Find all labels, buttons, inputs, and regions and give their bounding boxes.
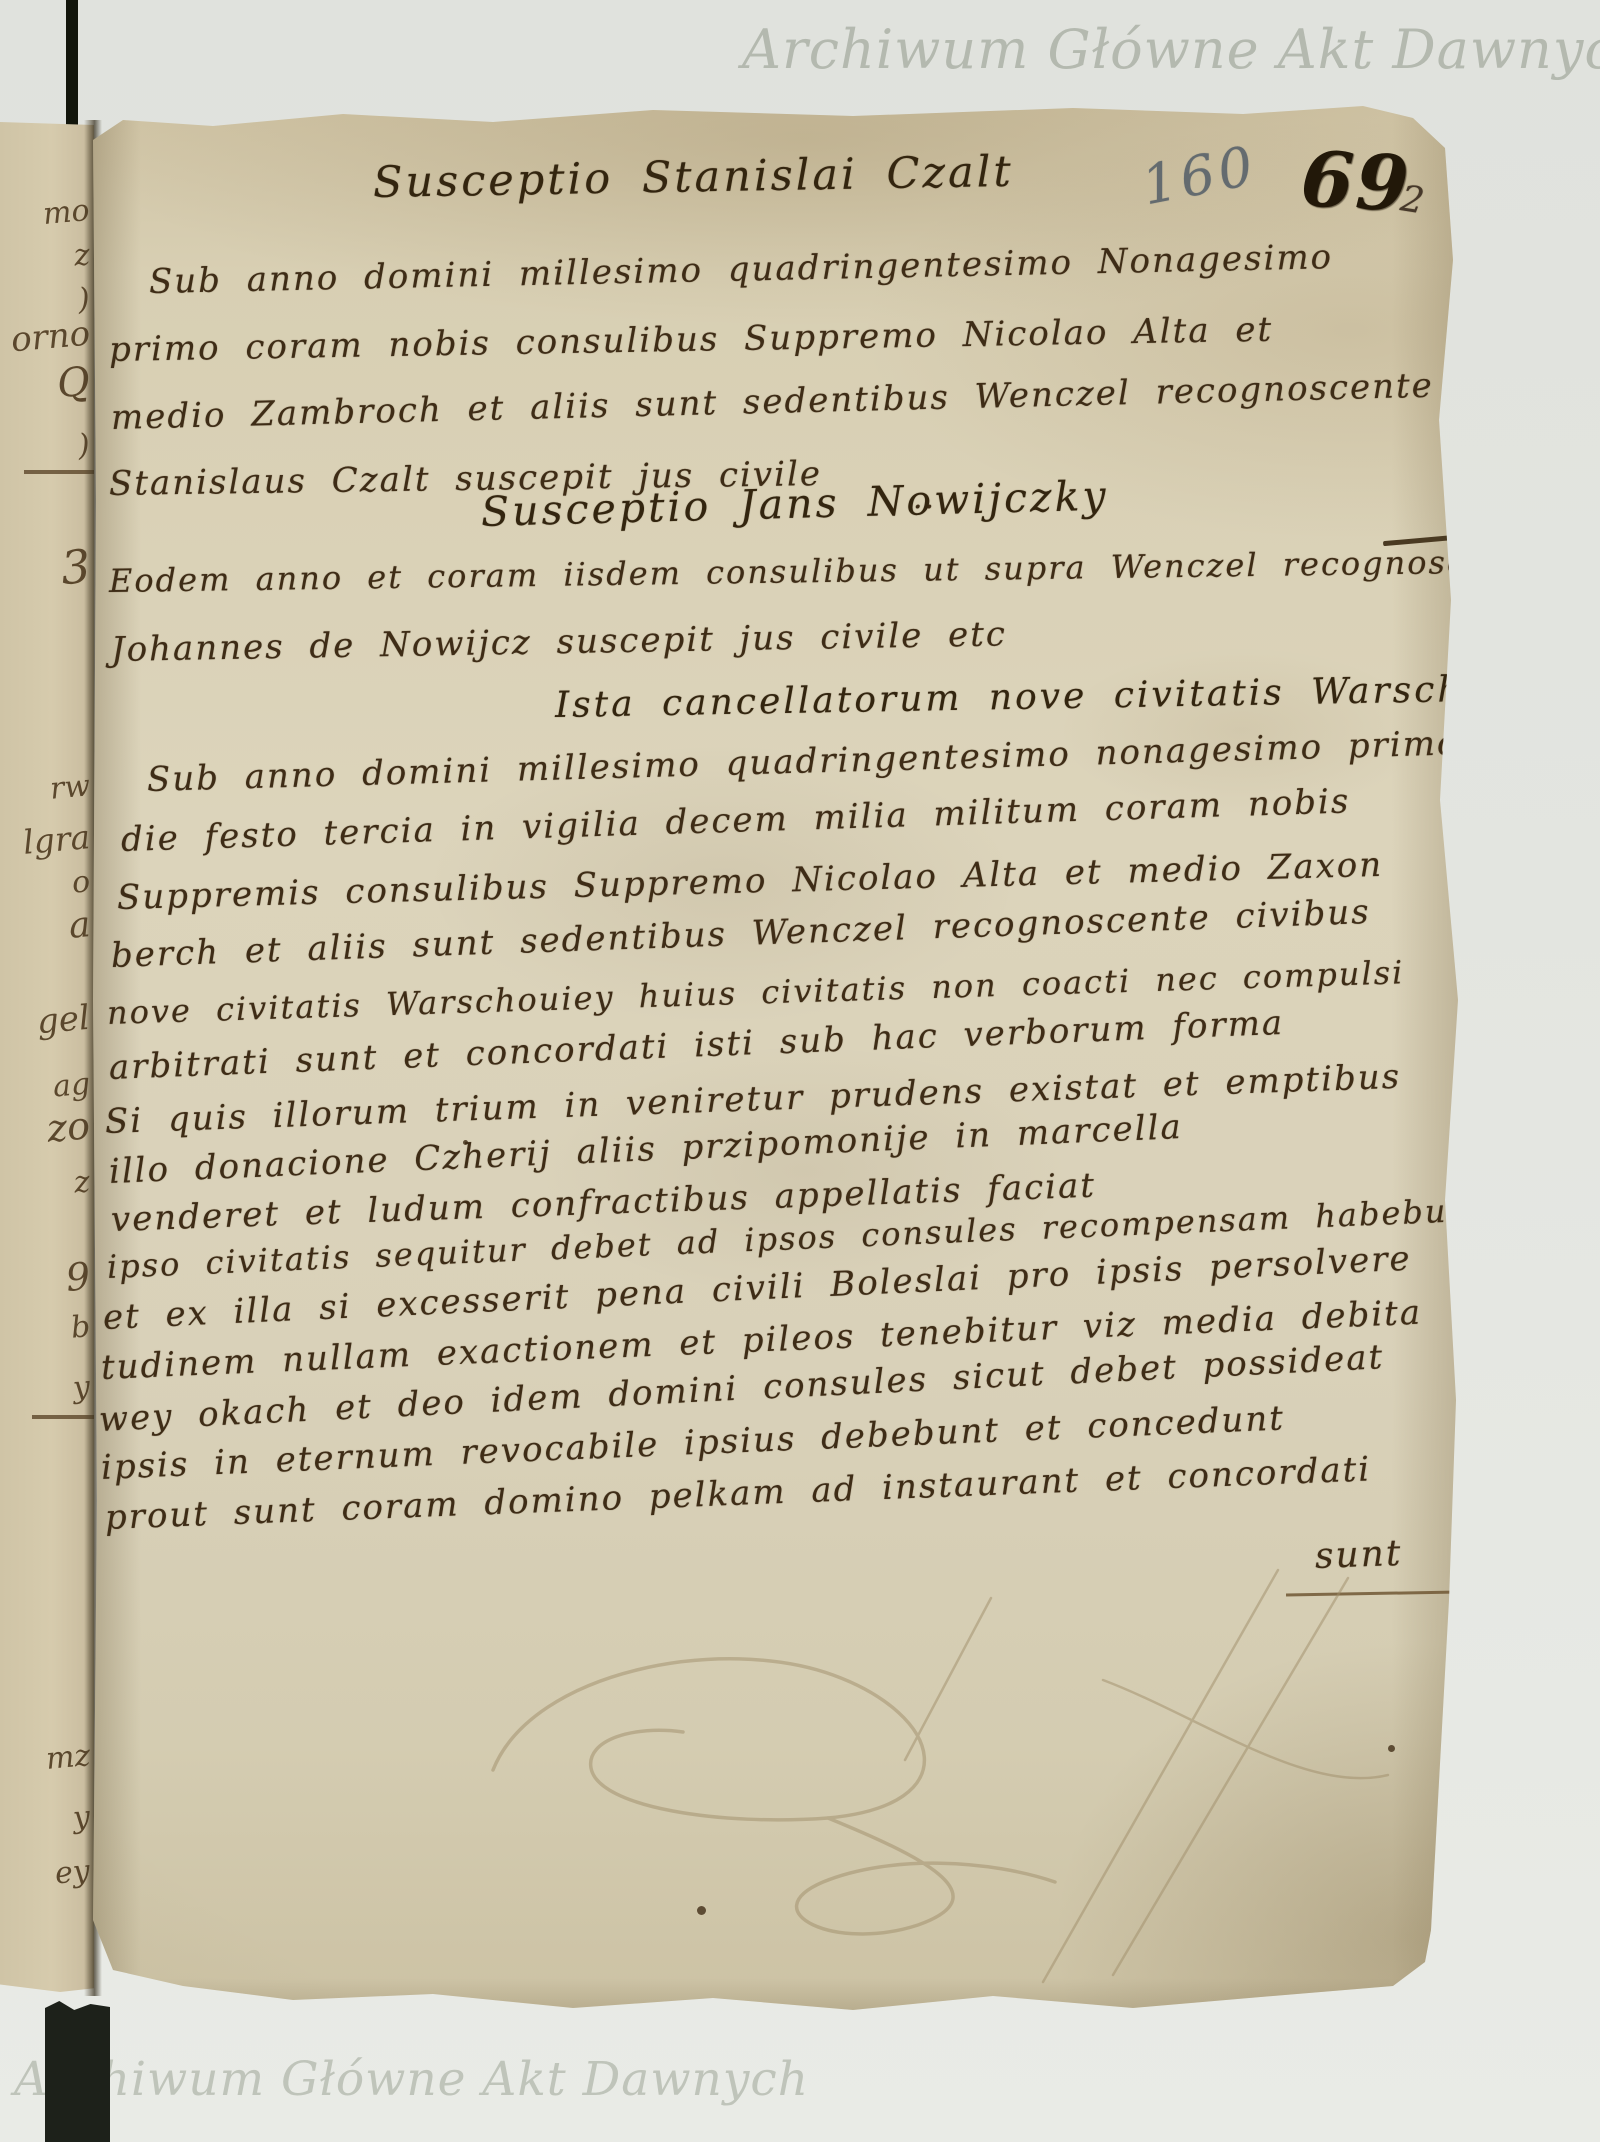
margin-fragment: orno bbox=[9, 314, 91, 361]
scan-black-line-top-left bbox=[66, 0, 78, 127]
manuscript-page: 160 69 2 Susceptio Stanislai Czalt Sub a… bbox=[93, 100, 1460, 2012]
margin-fragment: lgra bbox=[21, 817, 91, 862]
adjacent-page-edge: mo z ) orno Q ) 3 rw lgra o a gel ag zo … bbox=[0, 122, 94, 1992]
entry3-heading: Ista cancellatorum nove civitatis Warsch… bbox=[555, 667, 1577, 726]
manuscript-line: primo coram nobis consulibus Suppremo Ni… bbox=[109, 310, 1274, 370]
entry1-heading: Susceptio Stanislai Czalt bbox=[373, 147, 1015, 208]
folio-number-ink: 69 bbox=[1299, 134, 1413, 229]
archive-watermark-top: Archiwum Główne Akt Dawnych bbox=[742, 18, 1600, 81]
folio-number-pencil: 160 bbox=[1137, 134, 1262, 218]
archive-scan-view: { "watermark": { "text": "Archiwum Główn… bbox=[0, 0, 1600, 2142]
manuscript-line: Sub anno domini millesimo quadringentesi… bbox=[149, 237, 1334, 302]
pen-flourish bbox=[343, 1560, 1493, 1990]
folio-number-ink-superscript: 2 bbox=[1398, 178, 1429, 222]
archive-watermark-bottom: Archiwum Główne Akt Dawnych bbox=[14, 2052, 809, 2107]
manuscript-line: Johannes de Nowijcz suscepit jus civile … bbox=[111, 614, 1008, 670]
manuscript-line: Eodem anno et coram iisdem consulibus ut… bbox=[109, 542, 1547, 600]
scan-black-bar-bottom-left bbox=[45, 2001, 110, 2142]
manuscript-line: medio Zambroch et aliis sunt sedentibus … bbox=[111, 366, 1435, 438]
